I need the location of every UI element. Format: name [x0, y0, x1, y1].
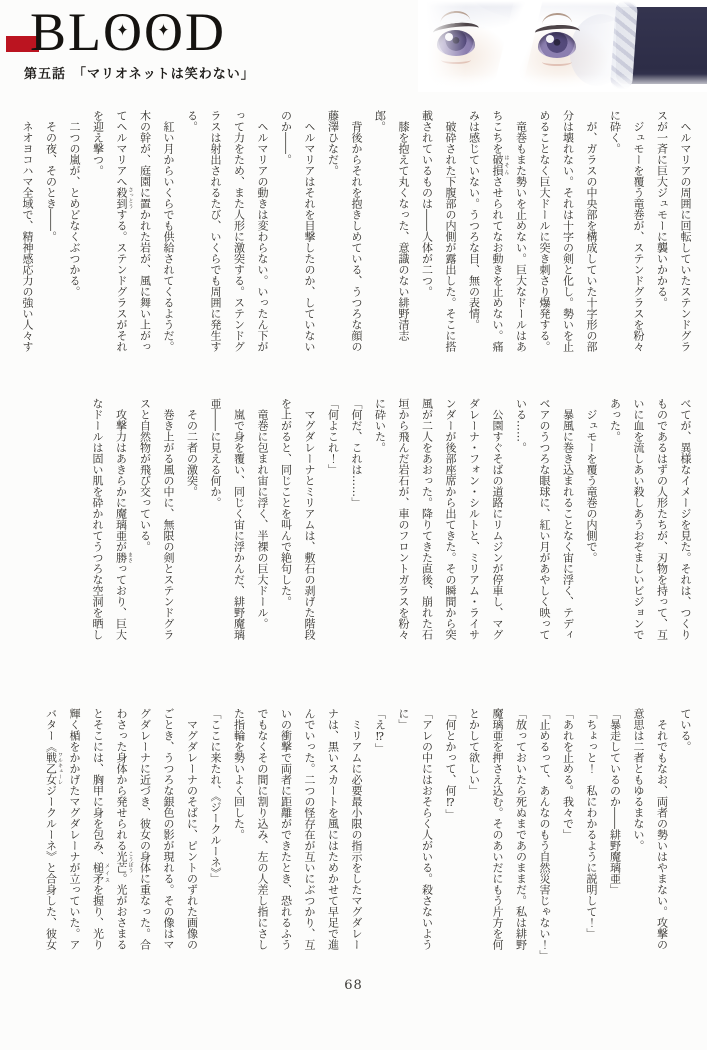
paragraph: 「止めるって、あんなのもう自然災害じゃない！」 [533, 708, 557, 957]
paragraph: 「ここに来たれ、《ジークルーネ》」 [204, 708, 228, 957]
paragraph: 攻撃力はあきらかに魔璃亜が勝まさっており、巨大なドールは固い肌を砕かれてうつろな… [86, 398, 134, 647]
paragraph: 公園すぐそばの道路にリムジンが停車し、マグダレーナ・フォン・シルトと、ミリアム・… [368, 398, 509, 647]
paragraph: ている。 [674, 708, 698, 957]
paragraph: その二者の激突。 [180, 398, 204, 647]
right-lower-lid [542, 58, 572, 66]
paragraph: 竜巻に包まれ宙に浮く、半裸の巨大ドール。 [251, 398, 275, 647]
text-block-1: ヘルマリアの周囲に回転していたステンドグラスが一斉に巨大ジュモーに襲いかかる。 … [25, 110, 697, 357]
series-title: BLO✦O✦D [30, 2, 226, 62]
page-footer: 68 [0, 978, 707, 993]
title-letter: D [185, 2, 226, 62]
paragraph: マグダレーナとミリアムは、敷石の剥げた階段を上がると、同じことを叫んで絶句した。 [274, 398, 321, 647]
episode-label: 第五話 [24, 67, 66, 82]
paragraph: 破砕された下腹部の内側が露出した。そこに搭載されているものは――人体が二つ。 [415, 110, 462, 357]
right-eye [538, 32, 576, 58]
paragraph: ヘルマリアの動きは変わらない。いったん下がって力をため、また人形に激突する。ステ… [180, 110, 274, 357]
paragraph: 「放っておいたら死ぬまであのままだ。私は緋野魔璃亜を押さえ込む。そのあいだにもう… [462, 708, 533, 957]
paragraph: 二つの嵐が、とめどなくぶつかる。 [63, 110, 87, 357]
fade-top [418, 0, 707, 7]
title-letter: O✦ [103, 2, 144, 62]
paragraph: 紅い月からいくらでも供給されてくるようだ。木の幹が、庭園に置かれた岩が、風に舞い… [86, 110, 180, 357]
paragraph: ジュモーを覆う竜巻の内側で。 [580, 398, 604, 647]
episode-title: 「マリオネットは笑わない」 [73, 67, 255, 82]
title-letter: B [30, 2, 68, 62]
paragraph: 背後からそれを抱きしめている、うつろな顔の藤澤ひなだ。 [321, 110, 368, 357]
paragraph: 暴風に巻き込まれることなく宙に浮く、テディベアのうつろな眼球に、紅い月があやしく… [509, 398, 580, 647]
paragraph: べてが、異様なイメージを見た。それは、つくりものであるはずの人形たちが、刃物を持… [603, 398, 697, 647]
paragraph: 「何よこれ！」 [321, 398, 345, 647]
paragraph: ヘルマリアはそれを目撃したのか、していないのか――。 [274, 110, 321, 357]
header-illustration [418, 0, 707, 92]
paragraph: 巻き上がる風の中に、無限の剣とステンドグラスと自然物が飛び交っている。 [133, 398, 180, 647]
page-number: 68 [344, 978, 363, 993]
paragraph: 嵐で身を覆い、同じく宙に浮かんだ、緋野魔璃亜――に見える何か。 [204, 398, 251, 647]
paragraph: ネオヨコハマ全域で、精神感応力の強い人々す [16, 110, 40, 357]
paragraph: 「え⁉」 [368, 708, 392, 957]
paragraph: 「アレの中にはおそらく人がいる。殺さないように」 [392, 708, 439, 957]
novel-page: BLO✦O✦D 第五話「マリオネットは笑わない」 ヘルマリアの周囲に回 [0, 0, 707, 1050]
episode-subtitle: 第五話「マリオネットは笑わない」 [24, 63, 255, 82]
paragraph: マグダレーナのそばに、ピントのずれた画像のごとき、うつろな銀色の影が現れる。その… [39, 708, 204, 957]
paragraph: それでもなお、両者の勢いはやまない。攻撃の意思は二者ともゆるまない。 [627, 708, 674, 957]
paragraph: 膝を抱えて丸くなった、意識のない緋野清志郎。 [368, 110, 415, 357]
text-block-2: べてが、異様なイメージを見た。それは、つくりものであるはずの人形たちが、刃物を持… [25, 398, 697, 647]
paragraph: 「何とかって、何⁉」 [439, 708, 463, 957]
paragraph: 竜巻もまた勢いを止めない。巨大なドールはあちこちを破損はそんさせられてなお動きを… [462, 110, 533, 357]
diamond-ornament-icon: ✦ [158, 24, 172, 42]
text-block-3: ている。 それでもなお、両者の勢いはやまない。攻撃の意思は二者ともゆるまない。「… [25, 708, 697, 957]
paragraph: ミリアムに必要最小限の指示をしたマグダレーナは、黒いスカートを風にはためかせて早… [227, 708, 368, 957]
paragraph: その夜、そのとき――。 [39, 110, 63, 357]
fade-bottom [418, 74, 707, 92]
paragraph: ジュモーを覆う竜巻が、ステンドグラスを粉々に砕く。 [603, 110, 650, 357]
paragraph: 「ちょっと！ 私にわかるように説明して！」 [580, 708, 604, 957]
title-letter: L [68, 2, 103, 62]
title-letter: O✦ [144, 2, 185, 62]
paragraph: 「何だ、これは……」 [345, 398, 369, 647]
paragraph: 「あれを止める。我々で」 [556, 708, 580, 957]
diamond-ornament-icon: ✦ [117, 24, 131, 42]
paragraph: 「暴走しているのか――緋野魔璃亜」 [603, 708, 627, 957]
paragraph: が、ガラスの中央部を構成していた十字形の部分は壊れない。それは十字の剣と化し。勢… [533, 110, 604, 357]
paragraph: ヘルマリアの周囲に回転していたステンドグラスが一斉に巨大ジュモーに襲いかかる。 [650, 110, 697, 357]
